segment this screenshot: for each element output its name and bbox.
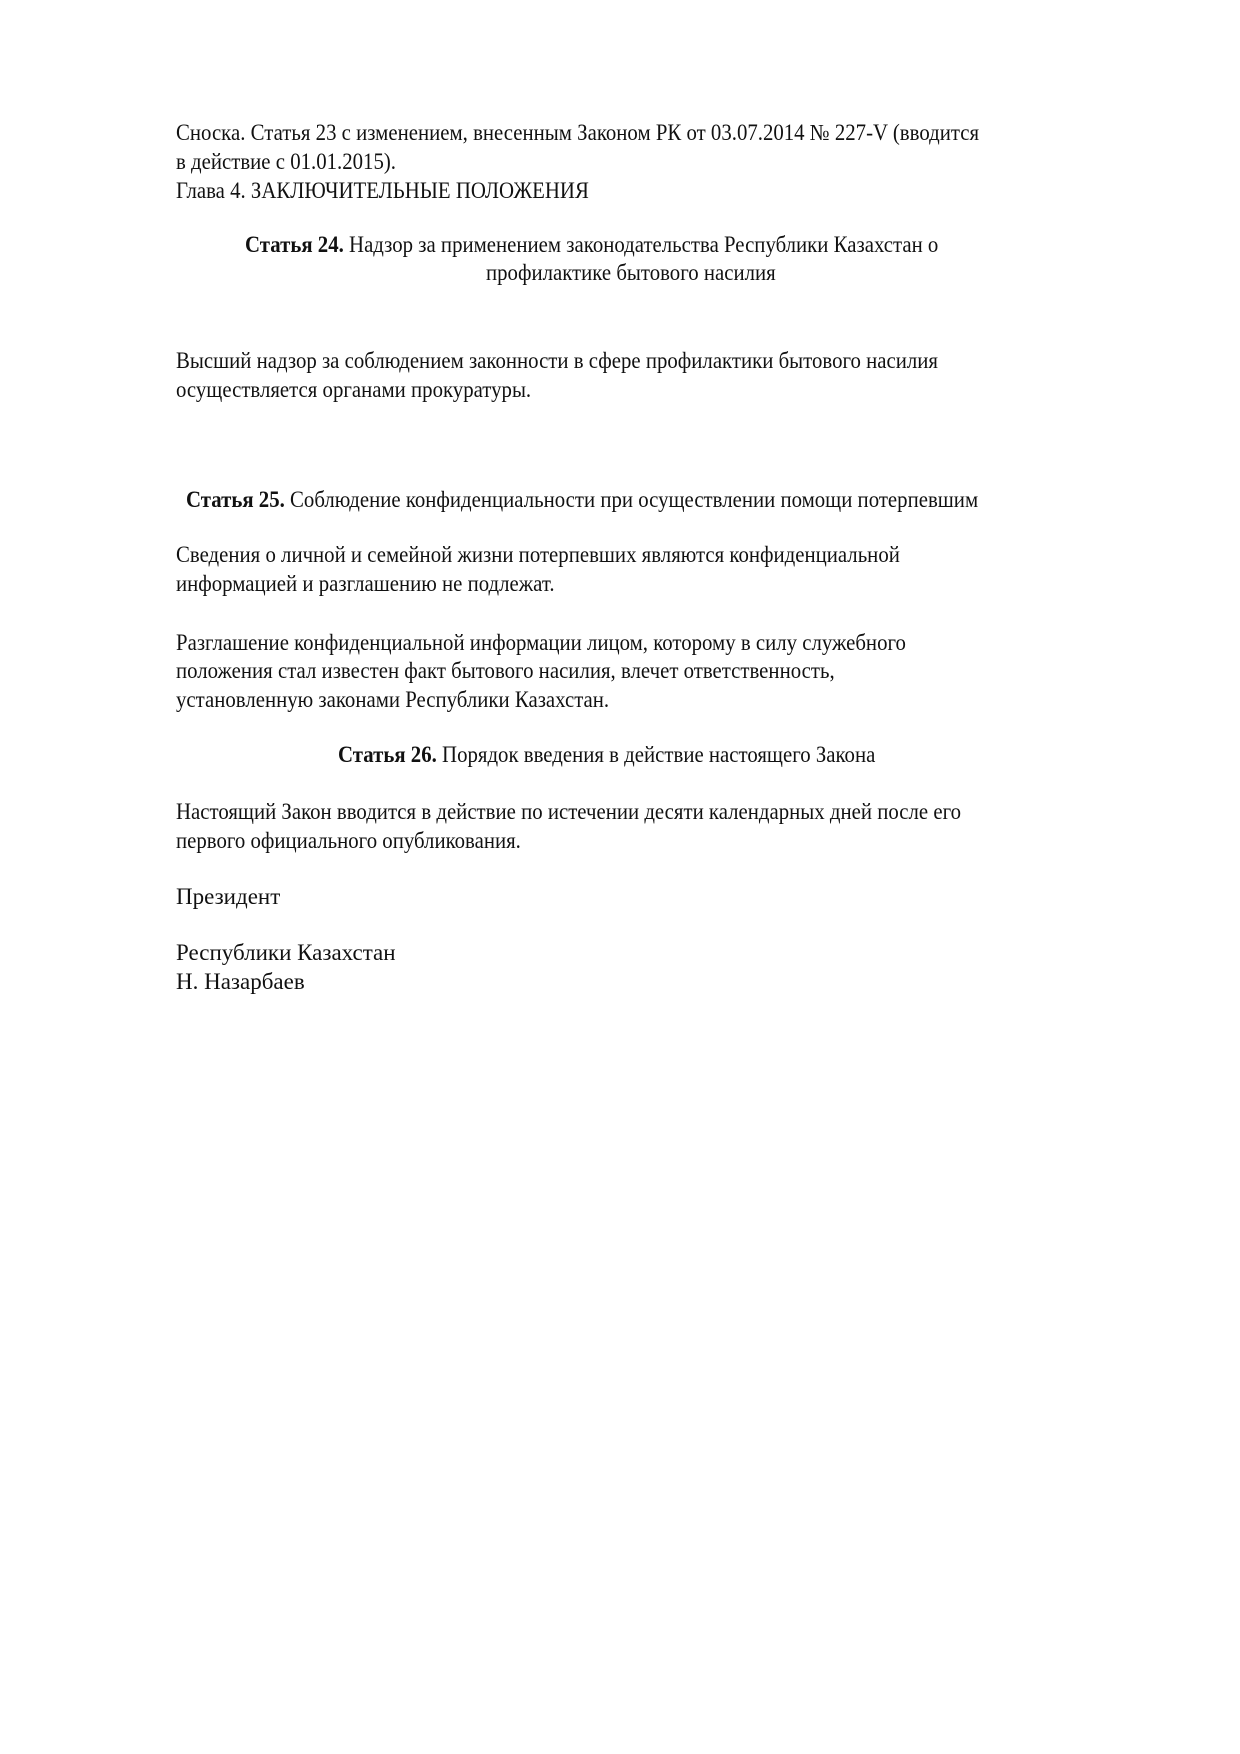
article-25-heading: Статья 25. Соблюдение конфиденциальности… — [186, 485, 978, 514]
article-26-heading: Статья 26. Порядок введения в действие н… — [338, 740, 875, 769]
article-26-paragraph-line-1: Настоящий Закон вводится в действие по и… — [176, 797, 961, 826]
article-25-title: Соблюдение конфиденциальности при осущес… — [285, 487, 978, 512]
footnote-line-2: в действие с 01.01.2015). — [176, 147, 396, 176]
signature-title: Президент — [176, 882, 280, 911]
article-25-paragraph-2-line-3: установленную законами Республики Казахс… — [176, 685, 609, 714]
article-24-title-line-2: профилактике бытового насилия — [486, 258, 776, 287]
article-26-number: Статья 26. — [338, 742, 437, 767]
article-25-paragraph-1-line-2: информацией и разглашению не подлежат. — [176, 569, 555, 598]
footnote-line-1: Сноска. Статья 23 с изменением, внесенны… — [176, 118, 979, 147]
article-24-paragraph-line-2: осуществляется органами прокуратуры. — [176, 375, 531, 404]
chapter-heading: Глава 4. ЗАКЛЮЧИТЕЛЬНЫЕ ПОЛОЖЕНИЯ — [176, 176, 589, 205]
article-24-number: Статья 24. — [245, 232, 344, 257]
article-24-heading: Статья 24. Надзор за применением законод… — [245, 230, 938, 259]
article-25-number: Статья 25. — [186, 487, 285, 512]
article-24-paragraph-line-1: Высший надзор за соблюдением законности … — [176, 346, 938, 375]
article-26-paragraph-line-2: первого официального опубликования. — [176, 826, 521, 855]
article-25-paragraph-2-line-1: Разглашение конфиденциальной информации … — [176, 628, 906, 657]
article-26-title: Порядок введения в действие настоящего З… — [437, 742, 876, 767]
article-24-title: Надзор за применением законодательства Р… — [344, 232, 939, 257]
article-25-paragraph-2-line-2: положения стал известен факт бытового на… — [176, 656, 835, 685]
signature-name: Н. Назарбаев — [176, 967, 305, 996]
signature-country: Республики Казахстан — [176, 938, 396, 967]
article-25-paragraph-1-line-1: Сведения о личной и семейной жизни потер… — [176, 540, 900, 569]
document-page: Сноска. Статья 23 с изменением, внесенны… — [0, 0, 1240, 1754]
